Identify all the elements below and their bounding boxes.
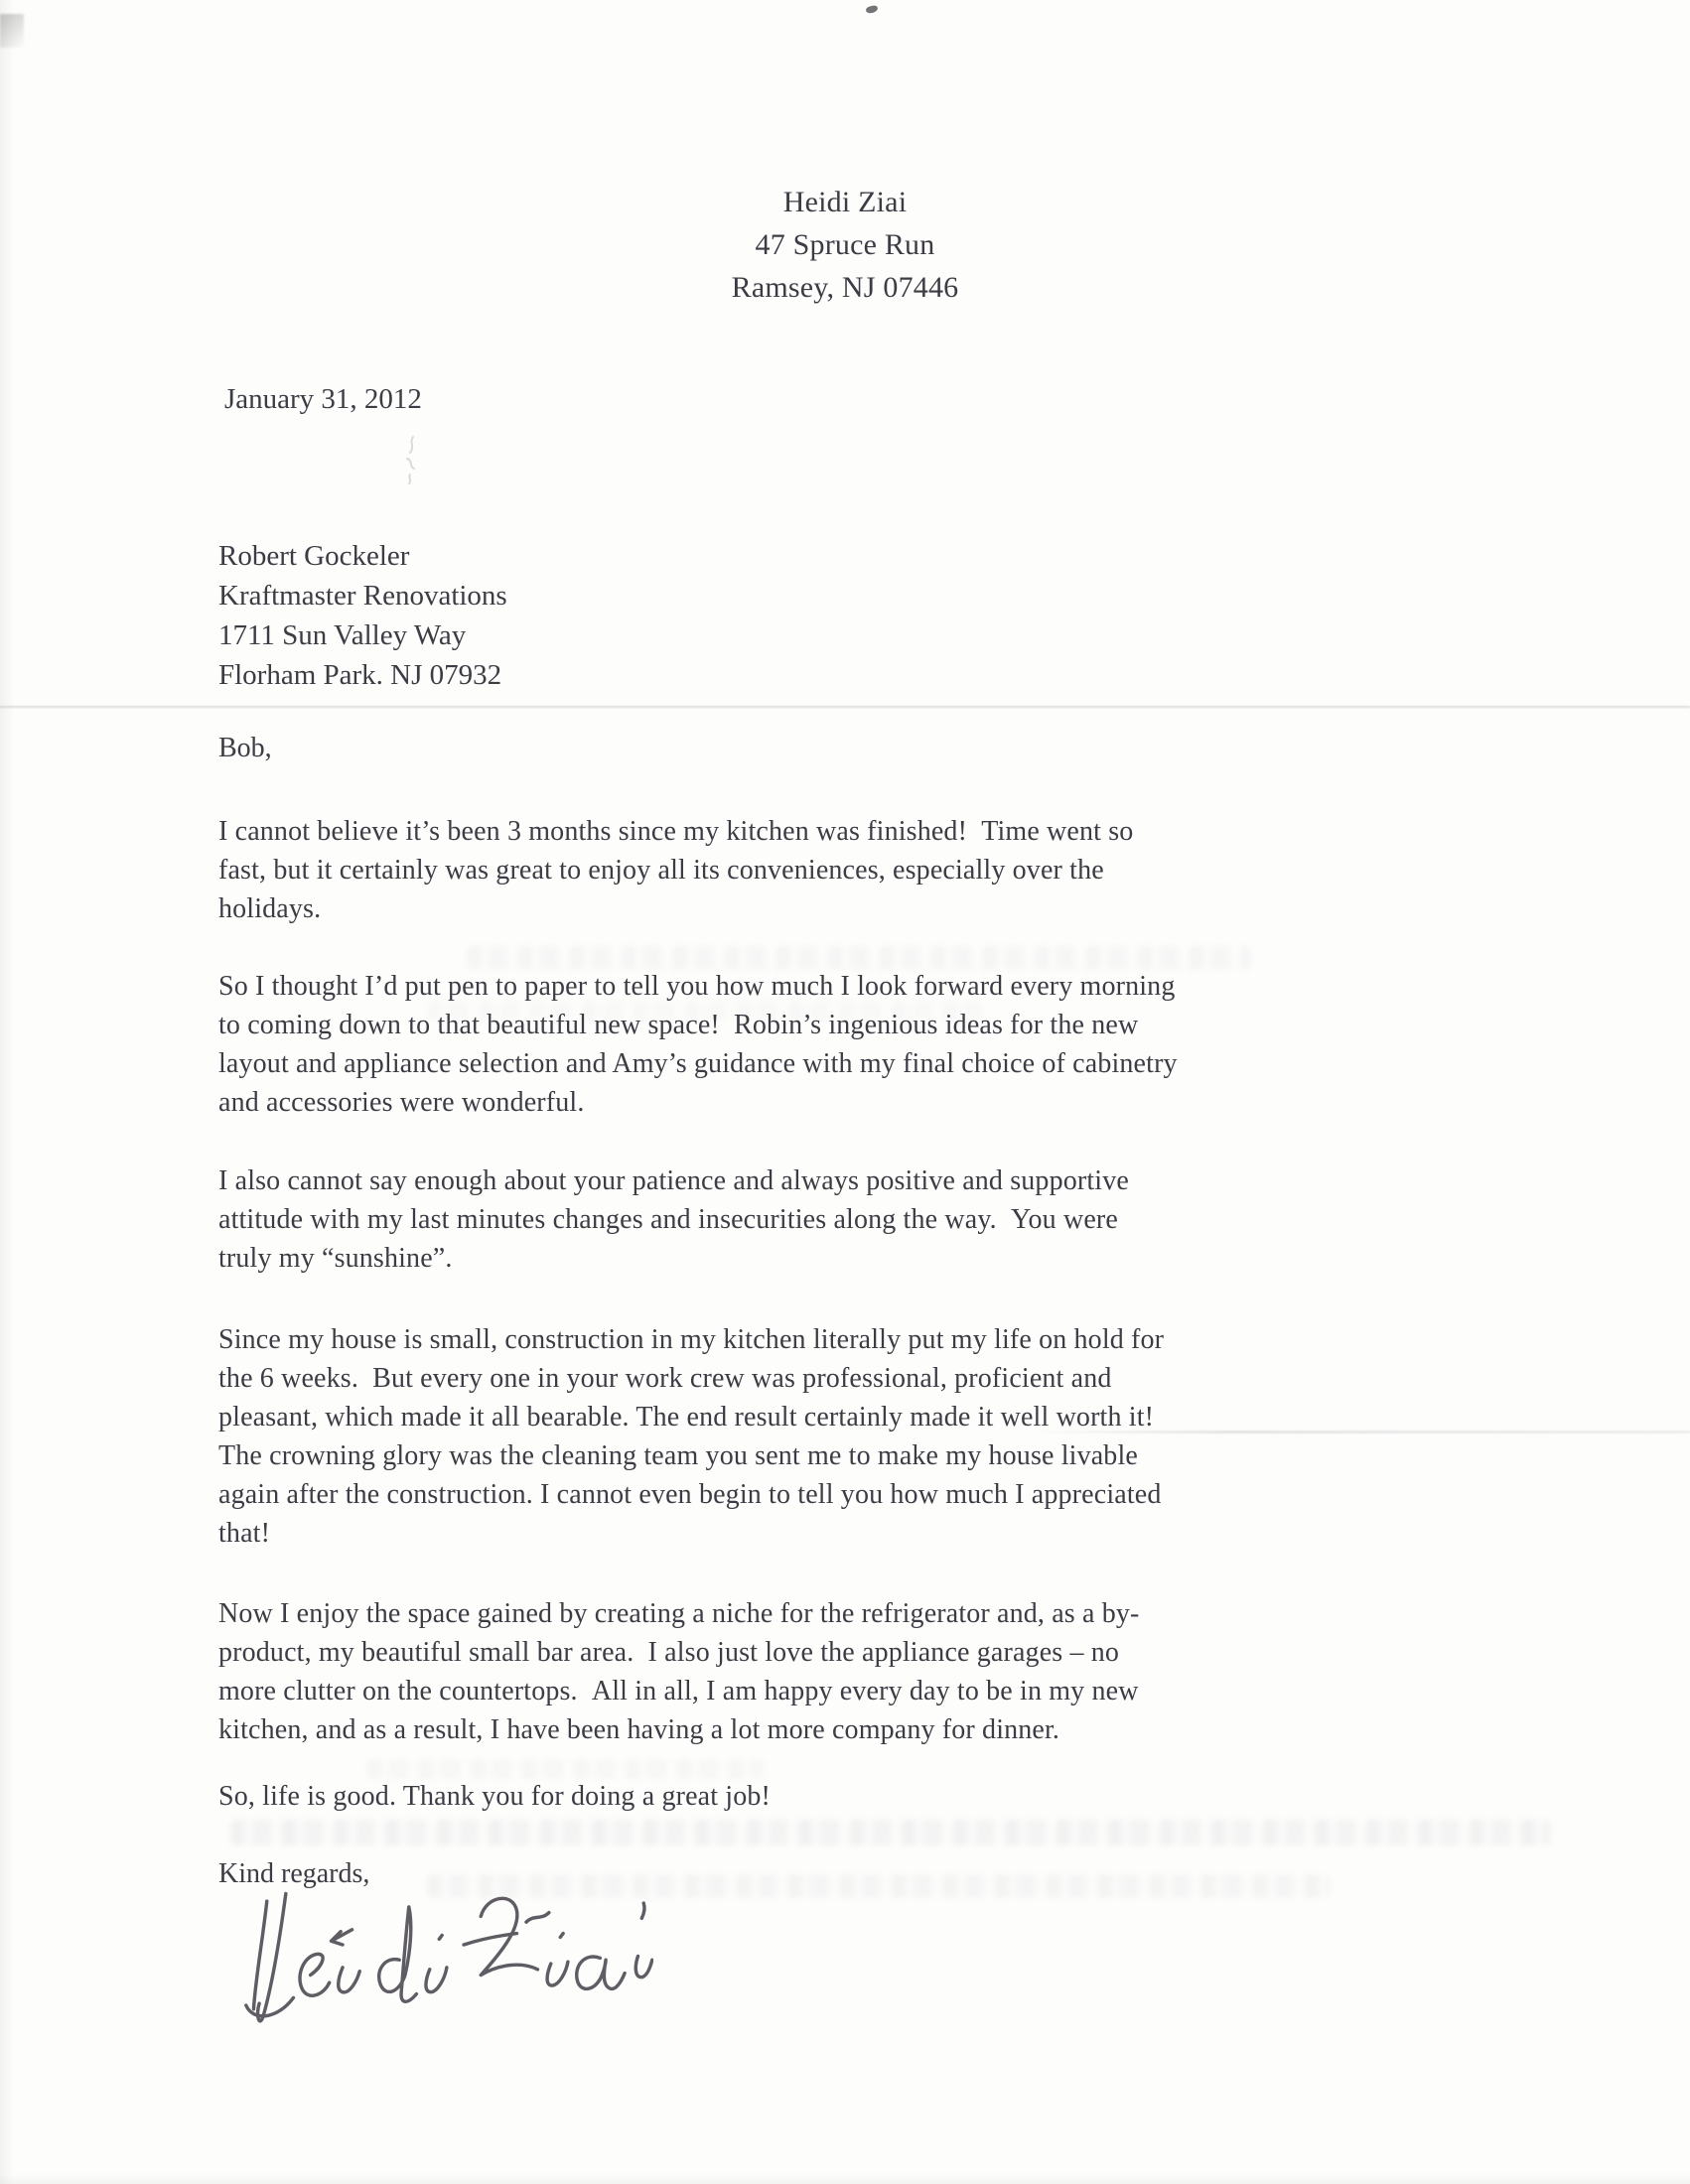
letter-page: Heidi Ziai 47 Spruce Run Ramsey, NJ 0744… — [0, 0, 1690, 2184]
body-paragraph-4: Since my house is small, construction in… — [218, 1320, 1509, 1553]
body-paragraph-6: So, life is good. Thank you for doing a … — [218, 1777, 1509, 1816]
recipient-street: 1711 Sun Valley Way — [218, 615, 507, 655]
sender-name: Heidi Ziai — [0, 181, 1690, 223]
recipient-address-block: Robert Gockeler Kraftmaster Renovations … — [218, 536, 507, 695]
bleedthrough-smudge — [230, 1820, 1551, 1845]
pencil-squiggle-artifact — [399, 435, 423, 484]
recipient-name: Robert Gockeler — [218, 536, 507, 576]
letter-date: January 31, 2012 — [224, 383, 422, 416]
body-paragraph-1: I cannot believe it’s been 3 months sinc… — [218, 812, 1509, 928]
handwritten-signature — [236, 1884, 653, 2026]
body-paragraph-3: I also cannot say enough about your pati… — [218, 1161, 1509, 1278]
scan-corner-artifact — [0, 14, 24, 48]
body-paragraph-2: So I thought I’d put pen to paper to tel… — [218, 967, 1509, 1122]
recipient-company: Kraftmaster Renovations — [218, 576, 507, 615]
sender-street: 47 Spruce Run — [0, 223, 1690, 266]
recipient-city: Florham Park. NJ 07932 — [218, 655, 507, 695]
scan-speck-artifact — [865, 5, 878, 14]
sender-address-block: Heidi Ziai 47 Spruce Run Ramsey, NJ 0744… — [0, 181, 1690, 309]
sender-city: Ramsey, NJ 07446 — [0, 266, 1690, 309]
paper-fold-crease-top — [0, 706, 1690, 709]
bleedthrough-smudge — [367, 1759, 765, 1779]
body-paragraph-5: Now I enjoy the space gained by creating… — [218, 1594, 1509, 1749]
salutation: Bob, — [218, 733, 272, 764]
